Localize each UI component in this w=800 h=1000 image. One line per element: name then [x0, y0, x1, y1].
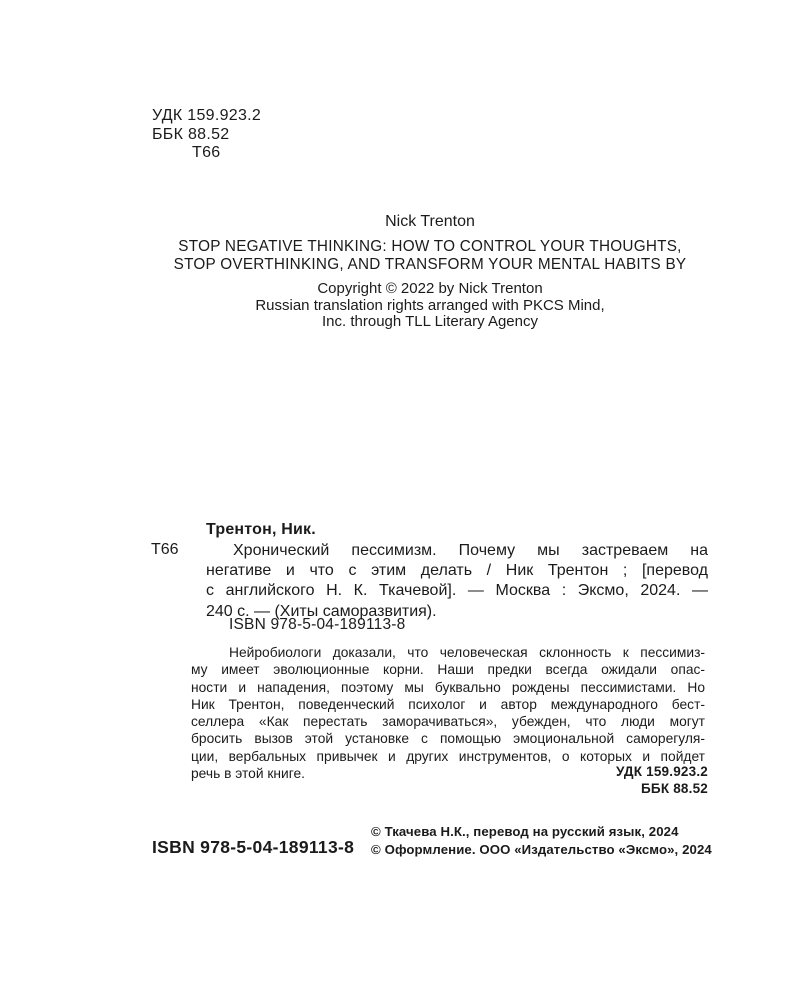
- annotation-line: му имеет эволюционные корни. Наши предки…: [191, 661, 705, 678]
- classification-right-block: УДК 159.923.2 ББК 88.52: [616, 763, 708, 797]
- copyright-line: Russian translation rights arranged with…: [150, 298, 710, 315]
- copyright-line: Copyright © 2022 by Nick Trenton: [150, 281, 710, 298]
- original-author-name: Nick Trenton: [150, 212, 710, 232]
- bbk-number: ББК 88.52: [152, 126, 261, 145]
- original-title-line: STOP NEGATIVE THINKING: HOW TO CONTROL Y…: [150, 238, 710, 256]
- udk-number-bold: УДК 159.923.2: [616, 763, 708, 780]
- footer-copyright-block: © Ткачева Н.К., перевод на русский язык,…: [371, 823, 712, 859]
- annotation-line: Нейробиологи доказали, что человеческая …: [191, 644, 705, 661]
- annotation-line: селлера «Как перестать заморачиваться», …: [191, 713, 705, 730]
- card-author-heading: Трентон, Ник.: [206, 521, 316, 539]
- bibliographic-record: Хронический пессимизм. Почему мы застрев…: [206, 541, 708, 622]
- annotation-paragraph: Нейробиологи доказали, что человеческая …: [191, 644, 705, 782]
- isbn-number: ISBN 978-5-04-189113-8: [229, 616, 405, 634]
- original-title-block: Nick Trenton STOP NEGATIVE THINKING: HOW…: [150, 212, 710, 331]
- footer-isbn-number: ISBN 978-5-04-189113-8: [152, 837, 354, 858]
- book-imprint-page: УДК 159.923.2 ББК 88.52 Т66 Nick Trenton…: [0, 0, 800, 1000]
- original-title-line: STOP OVERTHINKING, AND TRANSFORM YOUR ME…: [150, 256, 710, 274]
- record-line: с английского Н. К. Ткачевой]. — Москва …: [206, 581, 708, 601]
- record-line: негативе и что с этим делать / Ник Трент…: [206, 561, 708, 581]
- annotation-line: ности и нападения, поэтому мы буквально …: [191, 679, 705, 696]
- copyright-line: Inc. through TLL Literary Agency: [150, 314, 710, 331]
- bbk-number-bold: ББК 88.52: [616, 780, 708, 797]
- author-sign-code: Т66: [152, 144, 261, 163]
- annotation-line: Ник Трентон, поведенческий психолог и ав…: [191, 696, 705, 713]
- card-author-sign: Т66: [151, 541, 179, 559]
- classification-block: УДК 159.923.2 ББК 88.52 Т66: [152, 107, 261, 163]
- footer-copyright-line: © Оформление. ООО «Издательство «Эксмо»,…: [371, 841, 712, 859]
- annotation-line: бросить вызов этой установке с помощью э…: [191, 730, 705, 747]
- original-copyright-block: Copyright © 2022 by Nick Trenton Russian…: [150, 281, 710, 331]
- record-line: Хронический пессимизм. Почему мы застрев…: [206, 541, 708, 561]
- udk-number: УДК 159.923.2: [152, 107, 261, 126]
- footer-copyright-line: © Ткачева Н.К., перевод на русский язык,…: [371, 823, 712, 841]
